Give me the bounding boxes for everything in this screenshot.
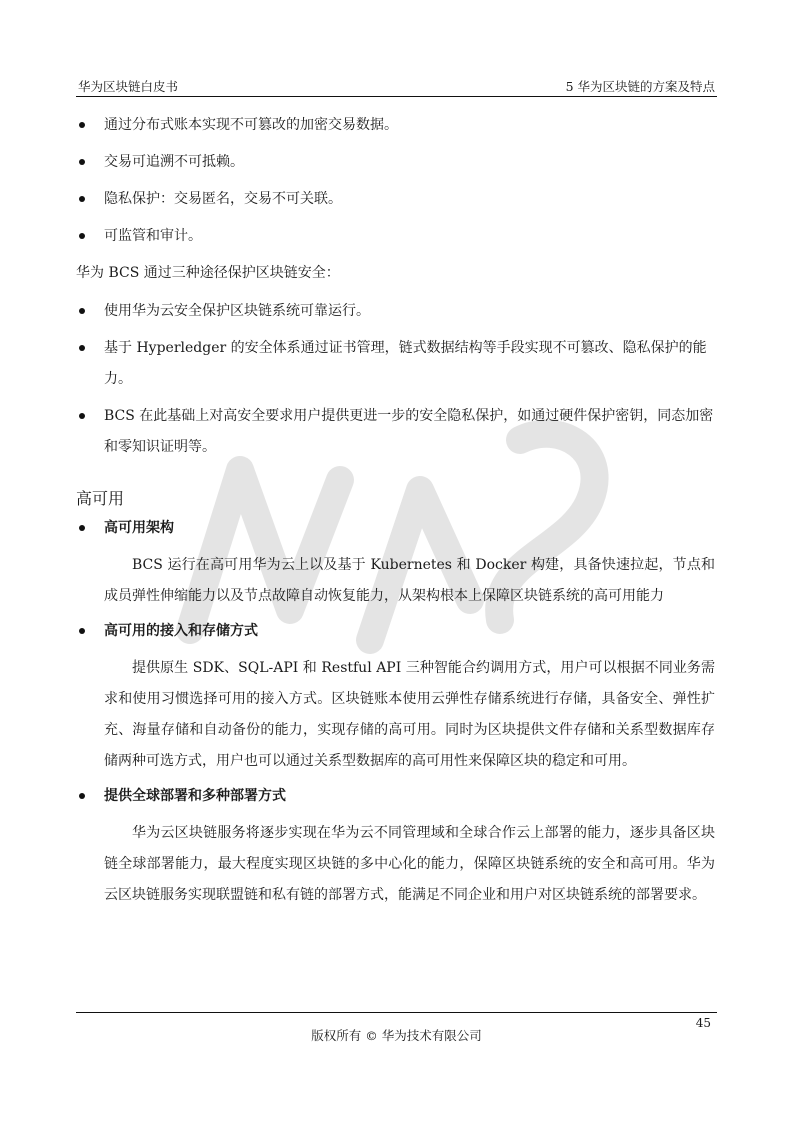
bullet-icon <box>79 233 85 239</box>
paragraph: BCS 运行在高可用华为云上以及基于 Kubernetes 和 Docker 构… <box>76 550 715 612</box>
security-intro: 华为 BCS 通过三种途径保护区块链安全： <box>76 258 715 289</box>
list-item: 交易可追溯不可抵赖。 <box>76 147 715 178</box>
copyright-notice: 版权所有 © 华为技术有限公司 <box>0 1026 793 1044</box>
list-item: 隐私保护：交易匿名，交易不可关联。 <box>76 184 715 215</box>
list-item: 使用华为云安全保护区块链系统可靠运行。 <box>76 296 715 327</box>
bullet-icon <box>79 308 85 314</box>
list-item: 可监管和审计。 <box>76 221 715 252</box>
bullet-icon <box>79 413 85 419</box>
page-body: 通过分布式账本实现不可篡改的加密交易数据。 交易可追溯不可抵赖。 隐私保护：交易… <box>76 110 715 915</box>
bullet-icon <box>79 525 85 531</box>
paragraph: 华为云区块链服务将逐步实现在华为云不同管理域和全球合作云上部署的能力，逐步具备区… <box>76 818 715 911</box>
bullet-icon <box>79 122 85 128</box>
list-item: 基于 Hyperledger 的安全体系通过证书管理，链式数据结构等手段实现不可… <box>76 333 715 395</box>
bullet-icon <box>79 159 85 165</box>
subsection-heading: 高可用架构 <box>76 513 715 544</box>
subsection-heading: 高可用的接入和存储方式 <box>76 616 715 647</box>
chapter-title: 5 华为区块链的方案及特点 <box>566 77 715 95</box>
document-title: 华为区块链白皮书 <box>78 77 178 95</box>
page-header: 华为区块链白皮书 5 华为区块链的方案及特点 <box>76 74 717 97</box>
list-item: 通过分布式账本实现不可篡改的加密交易数据。 <box>76 110 715 141</box>
list-item: BCS 在此基础上对高安全要求用户提供更进一步的安全隐私保护，如通过硬件保护密钥… <box>76 401 715 463</box>
section-heading: 高可用 <box>76 485 715 513</box>
bullet-icon <box>79 196 85 202</box>
bullet-icon <box>79 345 85 351</box>
paragraph: 提供原生 SDK、SQL-API 和 Restful API 三种智能合约调用方… <box>76 653 715 777</box>
subsection-heading: 提供全球部署和多种部署方式 <box>76 781 715 812</box>
bullet-icon <box>79 628 85 634</box>
bullet-icon <box>79 793 85 799</box>
footer-divider <box>76 1012 717 1013</box>
